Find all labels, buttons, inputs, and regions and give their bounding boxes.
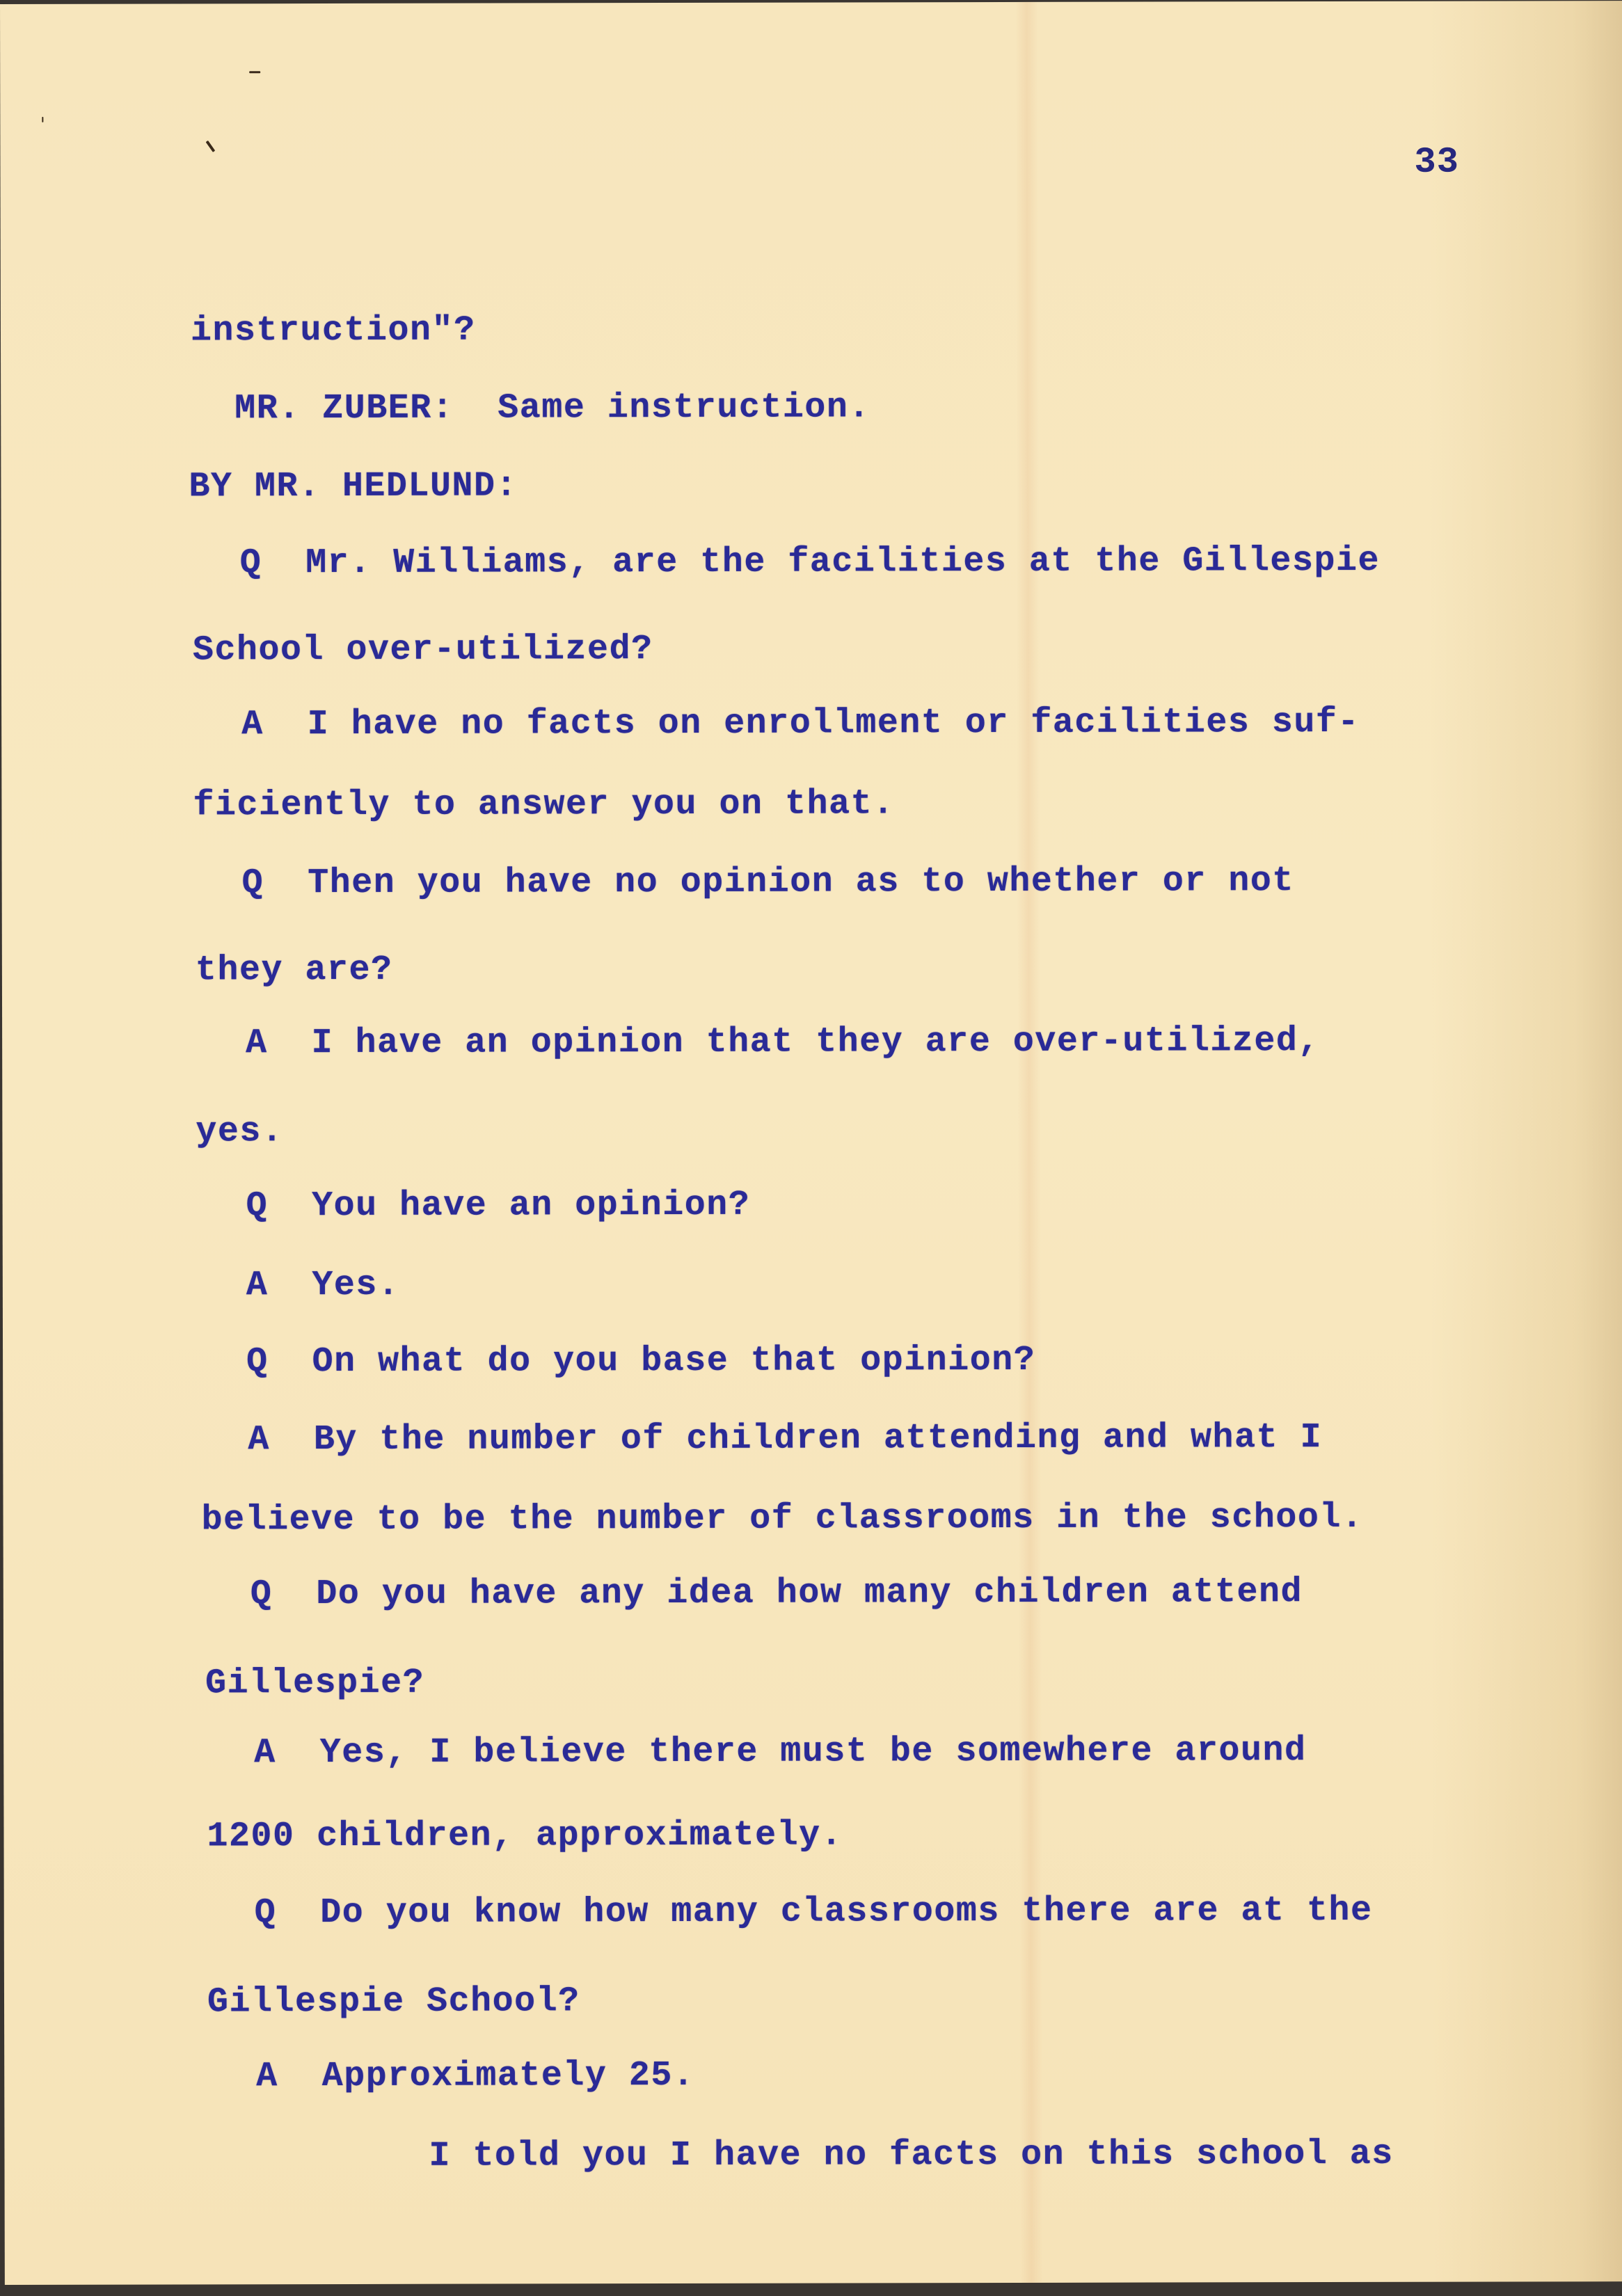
- transcript-line: Gillespie School?: [207, 1984, 580, 2020]
- transcript-line: believe to be the number of classrooms i…: [202, 1501, 1364, 1538]
- transcript-line: yes.: [196, 1115, 283, 1149]
- speaker-line: MR. ZUBER: Same instruction.: [234, 390, 870, 426]
- question-line: Q Do you know how many classrooms there …: [255, 1894, 1373, 1931]
- question-line: Q You have an opinion?: [246, 1188, 751, 1225]
- paper-speck: [42, 117, 43, 122]
- examiner-heading: BY MR. HEDLUND:: [189, 469, 518, 504]
- transcript-body: instruction"? MR. ZUBER: Same instructio…: [0, 1, 1622, 4]
- answer-line: A I have no facts on enrollment or facil…: [241, 705, 1360, 742]
- answer-line: A Yes.: [246, 1268, 400, 1303]
- question-line: Q Then you have no opinion as to whether…: [242, 864, 1294, 901]
- transcript-line: School over-utilized?: [193, 632, 653, 668]
- paper-speck: [206, 141, 216, 152]
- transcript-line: Gillespie?: [205, 1666, 424, 1702]
- paper-speck: [249, 71, 260, 73]
- transcript-line: ficiently to answer you on that.: [193, 787, 894, 823]
- document-page: 33 instruction"? MR. ZUBER: Same instruc…: [0, 1, 1622, 2285]
- question-line: Q Mr. Williams, are the facilities at th…: [240, 544, 1380, 581]
- answer-line: A By the number of children attending an…: [248, 1421, 1322, 1458]
- transcript-line: I told you I have no facts on this schoo…: [429, 2137, 1393, 2174]
- transcript-line: 1200 children, approximately.: [207, 1818, 843, 1854]
- answer-line: A Approximately 25.: [256, 2059, 694, 2094]
- page-number: 33: [1414, 142, 1459, 183]
- transcript-line: they are?: [196, 953, 393, 989]
- answer-line: A I have an opinion that they are over-u…: [246, 1024, 1320, 1061]
- question-line: Q On what do you base that opinion?: [246, 1344, 1035, 1380]
- answer-line: A Yes, I believe there must be somewhere…: [254, 1734, 1306, 1771]
- transcript-line: instruction"?: [191, 314, 476, 349]
- question-line: Q Do you have any idea how many children…: [251, 1575, 1303, 1612]
